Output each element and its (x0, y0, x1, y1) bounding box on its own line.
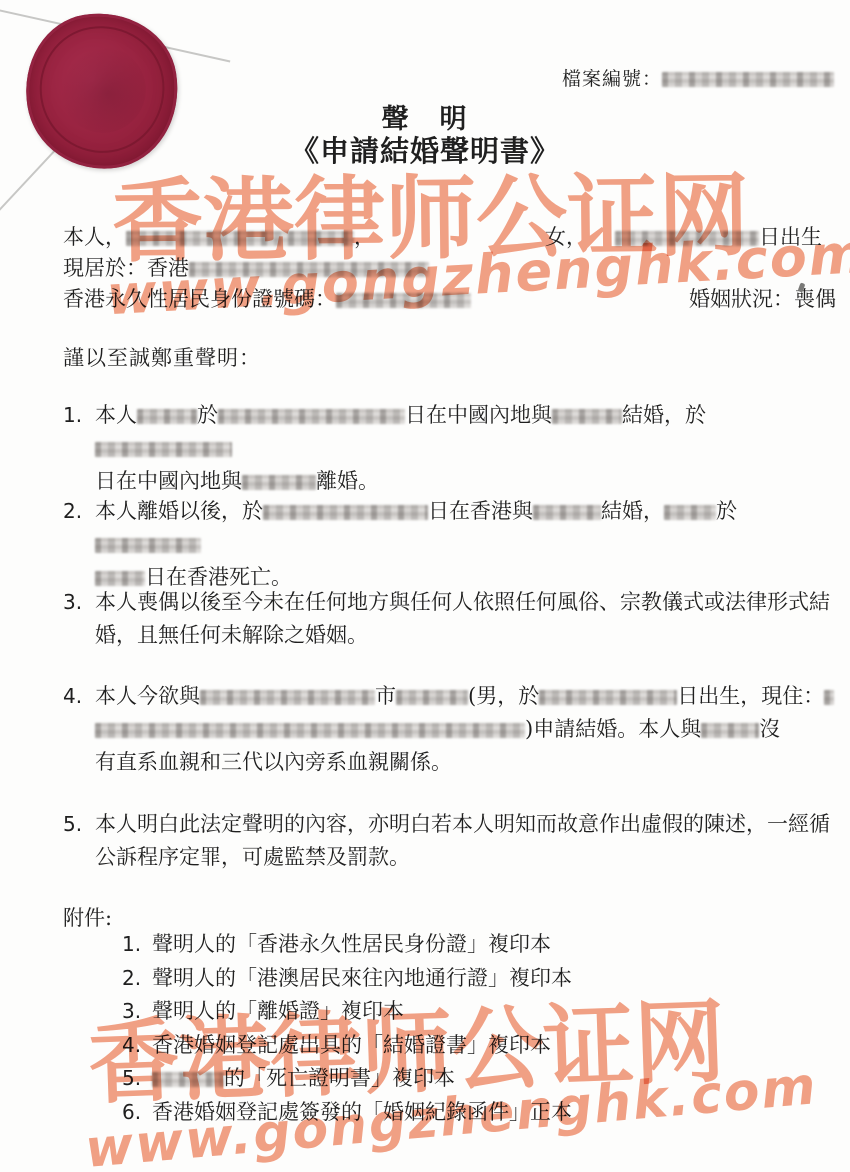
marital-status: 婚姻狀況：喪偶 (689, 284, 836, 315)
redacted-address (95, 723, 525, 738)
item-2-text: 本人離婚以後，於日在香港與結婚，於 日在香港死亡。 (95, 495, 838, 594)
attachment-4-text: 香港婚姻登記處出具的「結婚證書」複印本 (152, 1033, 551, 1057)
item-3-text: 本人喪偶以後至今未在任何地方與任何人依照任何風俗、宗教儀式或法律形式結 婚，且無… (95, 586, 838, 652)
declaration-item-3: 3. 本人喪偶以後至今未在任何地方與任何人依照任何風俗、宗教儀式或法律形式結 婚… (63, 586, 838, 652)
declaration-item-4: 4. 本人今欲與市(男，於日出生，現住： )申請結婚。本人與沒 有直系血親和三代… (63, 680, 838, 779)
attachment-item-4: 4.香港婚姻登記處出具的「結婚證書」複印本 (122, 1029, 838, 1063)
oath-intro: 謹以至誠鄭重聲明： (63, 342, 261, 372)
file-number-line: 檔案編號： (562, 64, 834, 91)
redacted-birthdate (615, 231, 759, 246)
item-4-number: 4. (63, 680, 95, 779)
redacted-date (95, 571, 145, 586)
redacted-file-number (662, 72, 834, 87)
declaration-item-1: 1. 本人於日在中國內地與結婚，於 日在中國內地與離婚。 (63, 399, 838, 498)
item-5-seg-b: 公訴程序定罪，可處監禁及罰款。 (95, 845, 410, 869)
item-1-seg-b: 於 (197, 403, 218, 427)
attachment-6-text: 香港婚姻登記處簽發的「婚姻紀錄函件」正本 (152, 1100, 572, 1124)
attachment-5-text: 的「死亡證明書」複印本 (224, 1066, 455, 1090)
item-5-seg-a: 本人明白此法定聲明的內容，亦明白若本人明知而故意作出虛假的陳述，一經循 (95, 812, 830, 836)
redacted-address (824, 690, 834, 705)
info-l1-prefix: 本人， (63, 225, 126, 249)
redacted-date (263, 505, 428, 520)
info-l3-left: 香港永久性居民身份證號碼： (63, 284, 471, 315)
redacted-name (126, 231, 354, 246)
document-subtitle: 《申請結婚聲明書》 (0, 129, 850, 170)
item-2-seg-a: 本人離婚以後，於 (95, 499, 263, 523)
item-1-text: 本人於日在中國內地與結婚，於 日在中國內地與離婚。 (95, 399, 838, 498)
item-1-number: 1. (63, 399, 95, 498)
redacted-name (396, 690, 468, 705)
redacted-date (95, 442, 232, 457)
attachment-item-3: 3.聲明人的「離婚證」複印本 (122, 995, 838, 1029)
attachment-6-number: 6. (122, 1096, 152, 1130)
redacted-id-number (336, 293, 471, 308)
redacted-name (664, 505, 716, 520)
info-l1-comma: ， (354, 225, 375, 249)
file-number-label: 檔案編號： (562, 68, 662, 90)
item-2-seg-b: 日在香港與 (428, 499, 533, 523)
declarant-info-line2: 現居於：香港 (63, 253, 836, 284)
info-l3-id-label: 香港永久性居民身份證號碼： (63, 287, 336, 311)
attachment-item-2: 2.聲明人的「港澳居民來往內地通行證」複印本 (122, 962, 838, 996)
item-5-text: 本人明白此法定聲明的內容，亦明白若本人明知而故意作出虛假的陳述，一經循 公訴程序… (95, 808, 838, 874)
info-l2-prefix: 現居於：香港 (63, 256, 189, 280)
declarant-info-line1: 本人，，女，日出生 (63, 222, 836, 253)
item-2-seg-c: 結婚， (601, 499, 664, 523)
attachment-2-text: 聲明人的「港澳居民來往內地通行證」複印本 (152, 966, 572, 990)
attachment-5-number: 5. (122, 1062, 152, 1096)
item-4-seg-e: )申請結婚。本人與 (525, 717, 701, 741)
item-3-number: 3. (63, 586, 95, 652)
redacted-date (95, 538, 201, 553)
item-4-seg-b: 市 (375, 684, 396, 708)
item-2-number: 2. (63, 495, 95, 594)
item-2-seg-d: 於 (716, 499, 737, 523)
scanned-declaration-document: 檔案編號： 聲 明 《申請結婚聲明書》 本人，，女，日出生 現居於：香港 香港永… (0, 0, 850, 1172)
attachment-item-5: 5.的「死亡證明書」複印本 (122, 1062, 838, 1096)
item-4-text: 本人今欲與市(男，於日出生，現住： )申請結婚。本人與沒 有直系血親和三代以內旁… (95, 680, 838, 779)
redacted-name (701, 723, 759, 738)
attachment-3-number: 3. (122, 995, 152, 1029)
redacted-place (200, 690, 375, 705)
item-3-seg-b: 婚，且無任何未解除之婚姻。 (95, 623, 368, 647)
attachments-label: 附件: (63, 902, 112, 932)
redacted-address (189, 262, 429, 277)
redacted-name (533, 505, 601, 520)
item-4-seg-d: 日出生，現住： (677, 684, 824, 708)
item-4-seg-f: 沒 (759, 717, 780, 741)
declarant-info-line3: 香港永久性居民身份證號碼： 婚姻狀況：喪偶 (63, 284, 836, 315)
attachment-1-number: 1. (122, 928, 152, 962)
attachment-item-1: 1.聲明人的「香港永久性居民身份證」複印本 (122, 928, 838, 962)
redacted-date (539, 690, 677, 705)
redacted-text (137, 409, 197, 424)
redacted-name (552, 409, 622, 424)
attachment-2-number: 2. (122, 962, 152, 996)
item-1-seg-d: 結婚，於 (622, 403, 706, 427)
item-4-seg-a: 本人今欲與 (95, 684, 200, 708)
item-1-seg-a: 本人 (95, 403, 137, 427)
item-5-number: 5. (63, 808, 95, 874)
info-l1-suffix: 日出生 (759, 225, 822, 249)
attachment-item-6: 6.香港婚姻登記處簽發的「婚姻紀錄函件」正本 (122, 1096, 838, 1130)
item-3-seg-a: 本人喪偶以後至今未在任何地方與任何人依照任何風俗、宗教儀式或法律形式結 (95, 590, 830, 614)
attachment-3-text: 聲明人的「離婚證」複印本 (152, 999, 404, 1023)
info-l1-gender: 女， (545, 225, 587, 249)
declarant-info: 本人，，女，日出生 現居於：香港 香港永久性居民身份證號碼： 婚姻狀況：喪偶 (63, 222, 836, 315)
attachments-list: 1.聲明人的「香港永久性居民身份證」複印本 2.聲明人的「港澳居民來往內地通行證… (122, 928, 838, 1129)
item-1-seg-f: 離婚。 (316, 469, 379, 493)
redacted-name (242, 475, 316, 490)
attachment-1-text: 聲明人的「香港永久性居民身份證」複印本 (152, 932, 551, 956)
item-4-seg-c: (男，於 (468, 684, 539, 708)
item-4-seg-g: 有直系血親和三代以內旁系血親關係。 (95, 750, 452, 774)
attachment-4-number: 4. (122, 1029, 152, 1063)
item-1-seg-e: 日在中國內地與 (95, 469, 242, 493)
redacted-date (218, 409, 405, 424)
declaration-item-5: 5. 本人明白此法定聲明的內容，亦明白若本人明知而故意作出虛假的陳述，一經循 公… (63, 808, 838, 874)
declaration-item-2: 2. 本人離婚以後，於日在香港與結婚，於 日在香港死亡。 (63, 495, 838, 594)
item-1-seg-c: 日在中國內地與 (405, 403, 552, 427)
redacted-name (152, 1072, 224, 1087)
